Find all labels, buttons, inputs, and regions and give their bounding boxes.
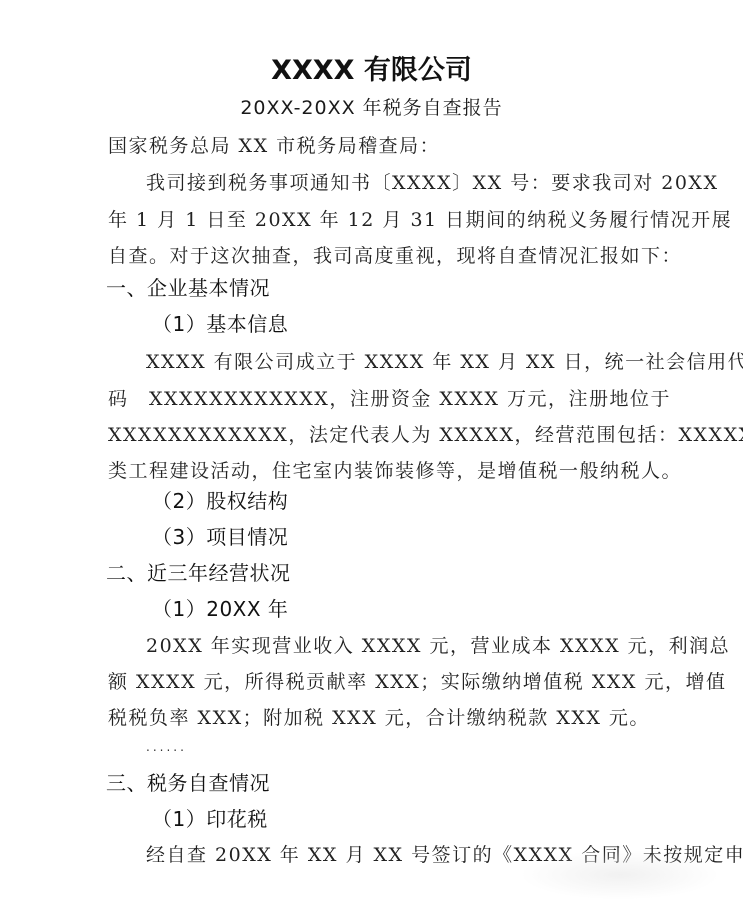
- basic-info-line-1: XXXX 有限公司成立于 XXXX 年 XX 月 XX 日，统一社会信用代: [108, 350, 638, 374]
- subsection-heading-year: （1）20XX 年: [152, 596, 288, 622]
- subsection-heading-equity: （2）股权结构: [152, 488, 288, 514]
- bottom-fade: [520, 850, 720, 900]
- subsection-heading-basic-info: （1）基本信息: [152, 311, 288, 337]
- intro-line-1: 我司接到税务事项通知书〔XXXX〕XX 号：要求我司对 20XX: [108, 171, 638, 195]
- intro-line-2: 年 1 月 1 日至 20XX 年 12 月 31 日期间的纳税义务履行情况开展: [108, 208, 638, 232]
- section-heading-1: 一、企业基本情况: [106, 275, 270, 301]
- section-heading-2: 二、近三年经营状况: [106, 560, 291, 586]
- basic-info-line-2: 码 XXXXXXXXXXXX，注册资金 XXXX 万元，注册地位于: [108, 387, 638, 411]
- year-line-1: 20XX 年实现营业收入 XXXX 元，营业成本 XXXX 元，利润总: [108, 634, 638, 658]
- basic-info-line-3: XXXXXXXXXXXX，法定代表人为 XXXXX，经营范围包括：XXXXXX …: [108, 423, 638, 447]
- subsection-heading-stamp-tax: （1）印花税: [152, 806, 268, 832]
- salutation: 国家税务总局 XX 市税务局稽查局：: [108, 134, 638, 158]
- year-line-2: 额 XXXX 元，所得税贡献率 XXX；实际缴纳增值税 XXX 元，增值: [108, 670, 638, 694]
- subsection-heading-projects: （3）项目情况: [152, 524, 288, 550]
- ellipsis: ......: [146, 740, 187, 754]
- basic-info-line-4: 类工程建设活动，住宅室内装饰装修等，是增值税一般纳税人。: [108, 459, 638, 483]
- section-heading-3: 三、税务自查情况: [106, 770, 270, 796]
- report-subtitle: 20XX-20XX 年税务自查报告: [0, 96, 743, 120]
- year-line-3: 税税负率 XXX；附加税 XXX 元，合计缴纳税款 XXX 元。: [108, 706, 638, 730]
- company-title: XXXX 有限公司: [0, 54, 743, 88]
- document-page: XXXX 有限公司 20XX-20XX 年税务自查报告 国家税务总局 XX 市税…: [0, 0, 743, 912]
- intro-line-3: 自查。对于这次抽查，我司高度重视，现将自查情况汇报如下：: [108, 244, 638, 268]
